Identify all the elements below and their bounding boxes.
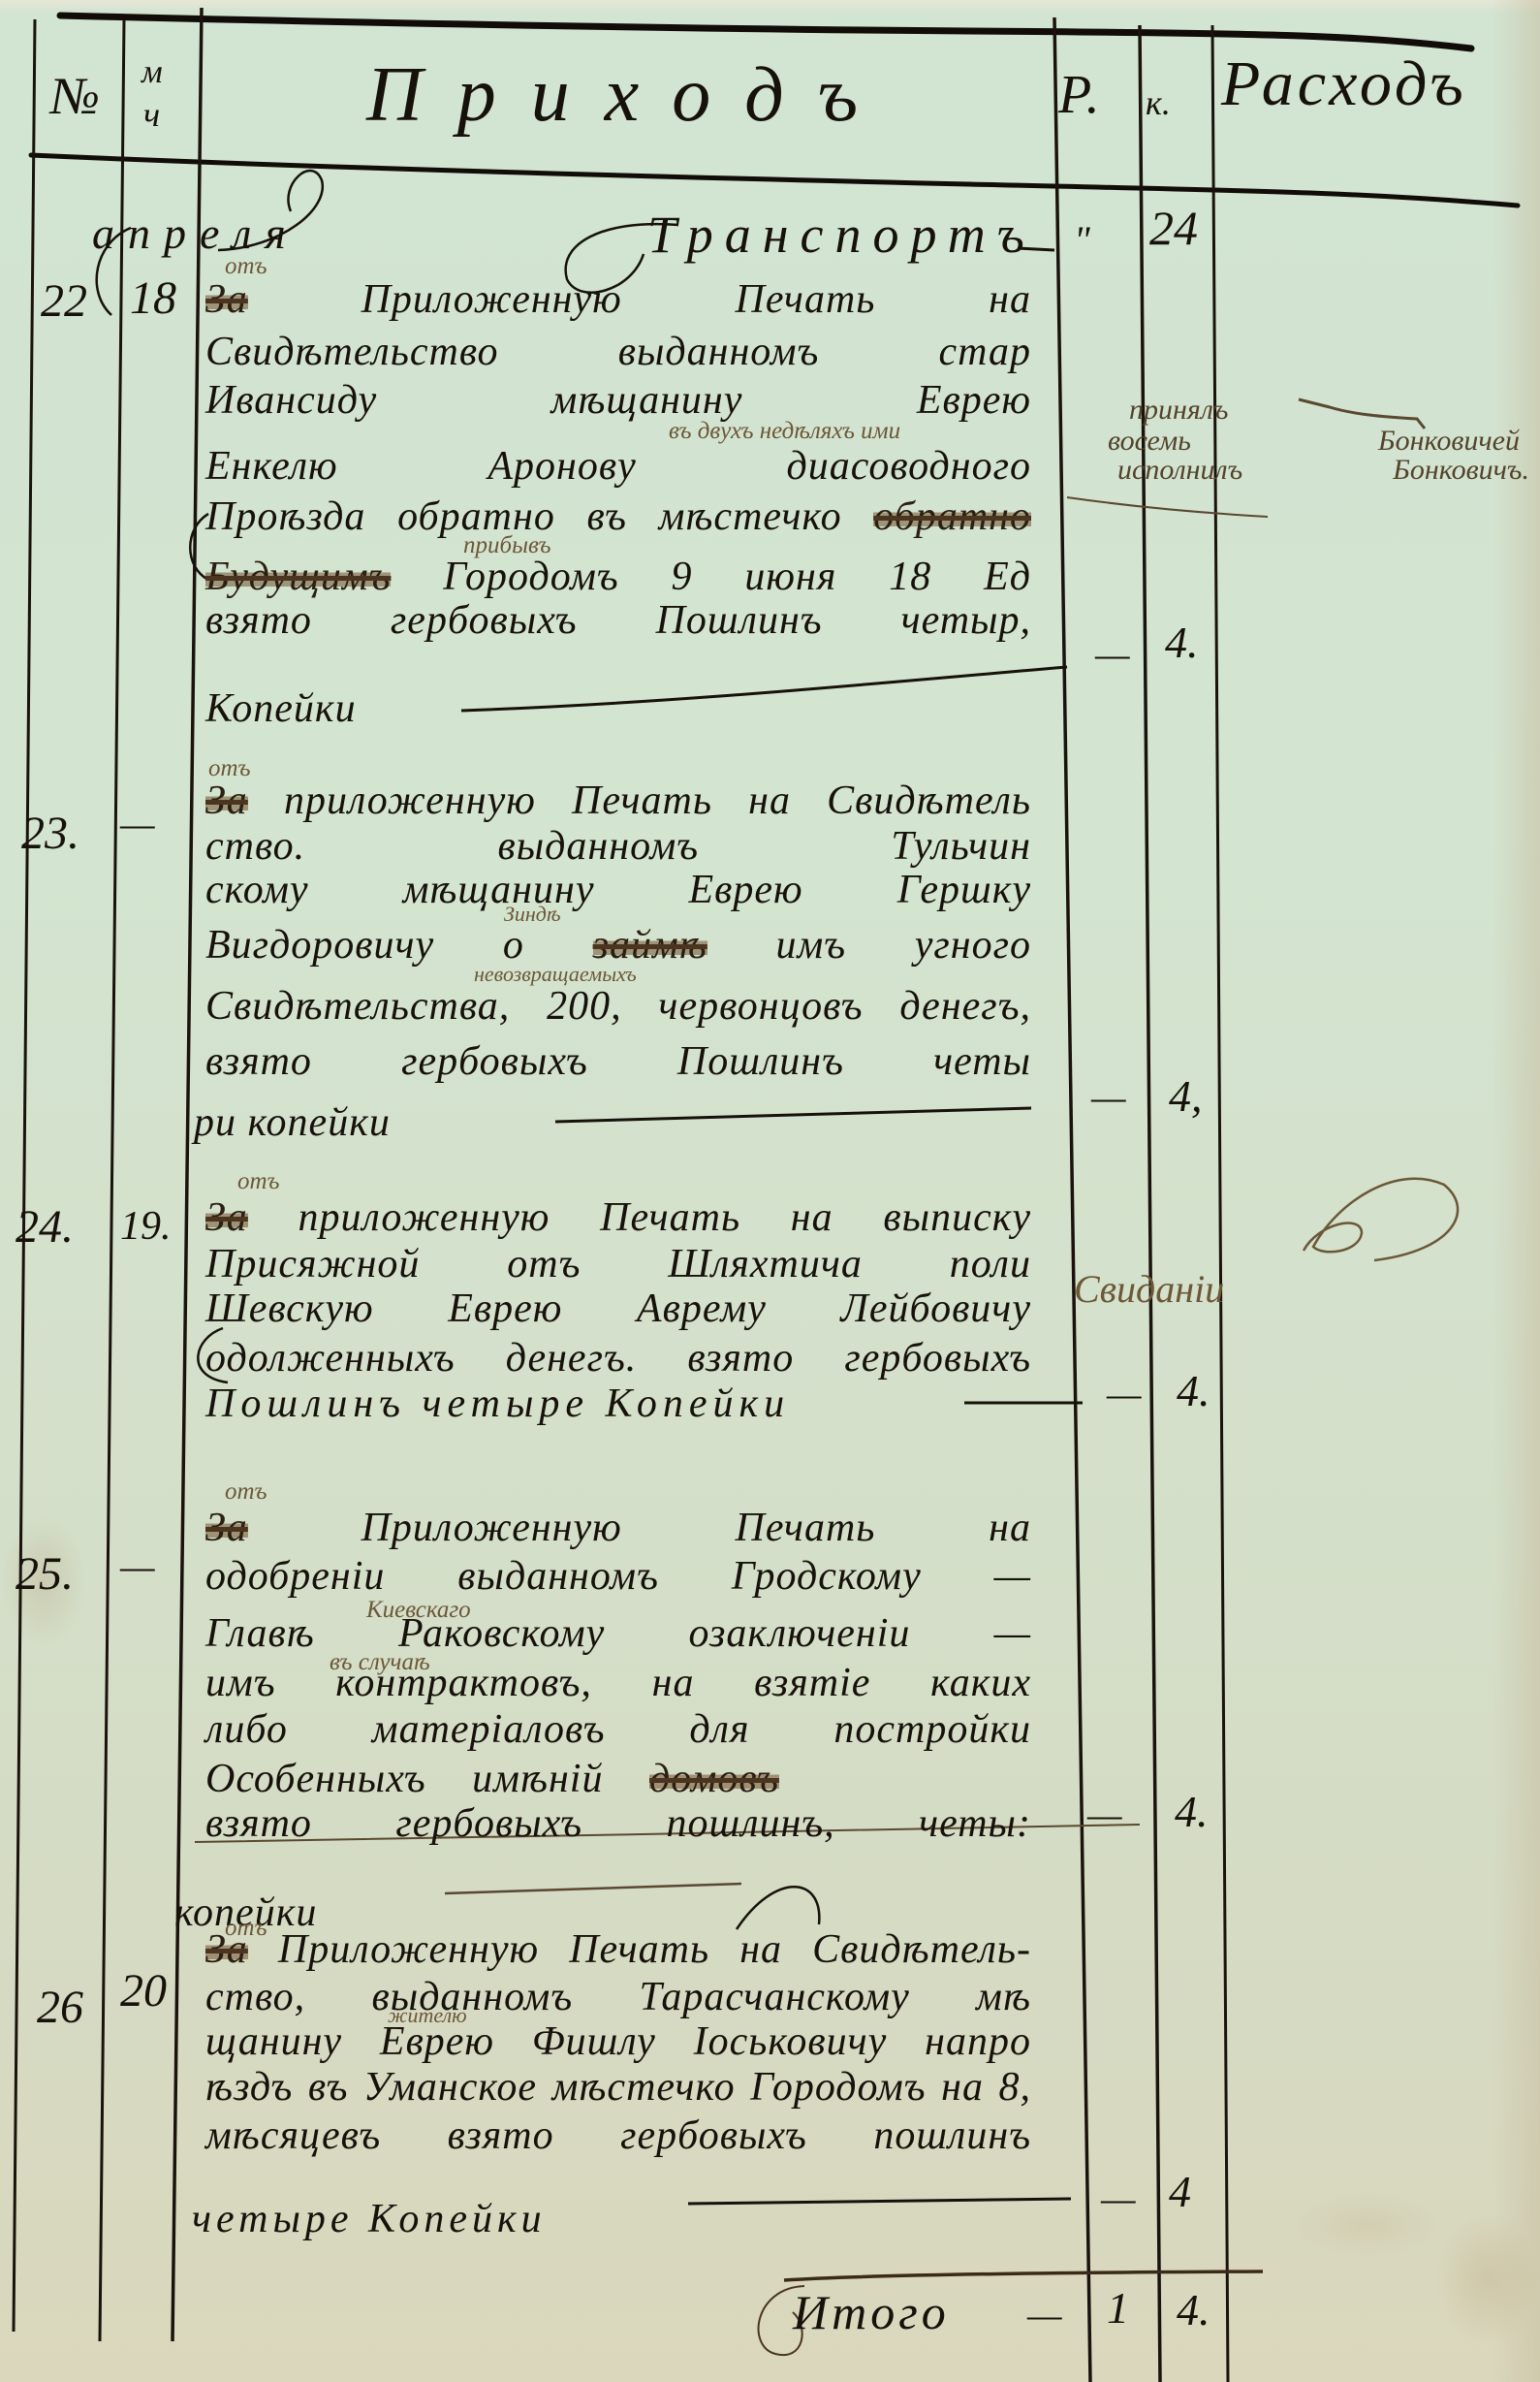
line-text: Приложенную Печать на Свидѣтель-	[278, 1927, 1031, 1972]
entry-text-line: За Приложенную Печать на Свидѣтель-	[205, 1929, 1031, 1970]
entry-text-line: Енкелю Аронову диасоводного	[205, 446, 1031, 487]
entry-rubles: —	[1095, 635, 1130, 674]
struck-word: За	[205, 778, 248, 823]
entry-text-line: ѣздъ въ Уманское мѣстечко Городомъ на 8,	[205, 2067, 1031, 2108]
struck-word: За	[205, 277, 248, 322]
column-rule-number-left	[14, 19, 35, 2332]
interlinear-insertion: отъ	[225, 1479, 267, 1504]
paper-stain	[1289, 2191, 1444, 2259]
column-rule-rubles-kopeks	[1140, 25, 1160, 2382]
expense-note-line: исполнилъ Бонковичъ.	[1117, 456, 1529, 485]
line-text: имъ угного	[775, 923, 1031, 968]
entry-number: 22	[41, 278, 87, 325]
line-text: приложенную Печать на выписку	[299, 1195, 1031, 1240]
header-kopeks: к.	[1146, 85, 1171, 120]
expense-note-line: Свиданiи	[1074, 1270, 1224, 1309]
ledger-page: № м ч Приходъ Р. к. Расходъ апреля Транс…	[0, 0, 1540, 2382]
carry-forward-label: Транспортъ	[647, 208, 1036, 261]
header-day: ч	[143, 97, 160, 132]
expense-note-line: принялъ	[1129, 396, 1228, 425]
entry-kopeks: 4,	[1169, 1074, 1203, 1119]
entry-kopeks: 4.	[1165, 620, 1199, 665]
entry-number: 23.	[21, 810, 79, 857]
entry-kopeks: 4.	[1175, 1790, 1209, 1834]
entry-text-line: За Приложенную Печать на	[205, 1508, 1031, 1548]
interlinear-insertion: отъ	[225, 254, 267, 278]
line-text: приложенную Печать на Свидѣтель	[284, 778, 1031, 823]
struck-word: За	[205, 1506, 248, 1550]
entry-text-line: За Приложенную Печать на	[205, 279, 1031, 320]
interlinear-insertion: Зиндѣ	[504, 904, 561, 925]
entry-number: 26	[37, 1985, 83, 2031]
entry-text-line: Главѣ Раковскому озаключеніи —	[205, 1613, 1031, 1654]
entry-text-line: четыре Копейки	[192, 2199, 1018, 2239]
entry-text-line: ство. выданномъ Тульчин	[205, 826, 1031, 867]
entry-text-line: Свидѣтельства, 200, червонцовъ денегъ,	[205, 986, 1031, 1027]
entry-day: —	[120, 1547, 155, 1586]
header-number: №	[50, 70, 100, 122]
header-rubles: Р.	[1058, 68, 1100, 122]
struck-word: Будущимъ	[205, 555, 391, 599]
entry-text-line: За приложенную Печать на выписку	[205, 1197, 1031, 1238]
entry-text-line: Будущимъ Городомъ 9 июня 18 Ед	[205, 556, 1031, 597]
entry-number: 24.	[16, 1204, 74, 1251]
entry-day: 18	[130, 275, 176, 322]
total-dash: —	[1027, 2296, 1062, 2334]
entry-text-line: взято гербовыхъ Пошлинъ четыр,	[205, 600, 1031, 641]
line-text: Приложенную Печать на	[361, 277, 1031, 322]
interlinear-insertion: въ двухъ недѣляхъ ими	[669, 419, 900, 443]
entry-text-line: одобреніи выданномъ Гродскому —	[205, 1556, 1031, 1597]
entry-day: —	[120, 805, 155, 843]
entry-number: 25.	[16, 1551, 74, 1598]
entry-text-line: Шевскую Еврею Аврему Лейбовичу	[205, 1288, 1031, 1329]
month-label: апреля	[92, 211, 299, 256]
header-month: м	[141, 56, 163, 89]
entry-rubles: —	[1101, 2179, 1136, 2218]
header-bottom-rule	[31, 155, 1518, 206]
entry-text-line: либо матеріаловъ для постройки	[205, 1709, 1031, 1750]
struck-word: обратно	[873, 494, 1031, 539]
entry-text-line: Особенныхъ имѣній домовъ	[205, 1759, 1031, 1799]
entry-text-line: Пошлинъ четыре Копейки	[205, 1383, 1031, 1424]
expense-note-line: восемь Бонковичей	[1108, 427, 1520, 456]
column-rule-kopeks-expense	[1212, 25, 1228, 2382]
struck-word: За	[205, 1927, 248, 1972]
total-rule	[784, 2271, 1263, 2280]
entry-text-line: За приложенную Печать на Свидѣтель	[205, 780, 1031, 821]
entry-text-line: взято гербовыхъ пошлинъ, четы:	[205, 1803, 1031, 1844]
entry-day: 20	[120, 1968, 167, 2015]
entry-text-line: Присяжной отъ Шляхтича поли	[205, 1244, 1031, 1285]
interlinear-insertion: отъ	[237, 1169, 280, 1193]
total-rubles: 1	[1107, 2286, 1129, 2331]
line-text: Особенныхъ имѣній	[205, 1757, 603, 1801]
entry-text-line: ство, выданномъ Тарасчанскому мѣ	[205, 1977, 1031, 2017]
flourish-decoration	[1304, 1179, 1458, 1260]
total-kopeks: 4.	[1177, 2288, 1210, 2333]
struck-word: домовъ	[649, 1757, 779, 1801]
carry-forward-kopeks: 24	[1149, 204, 1198, 252]
header-income: Приходъ	[366, 56, 893, 134]
header-expense: Расходъ	[1221, 52, 1467, 116]
entry-day: 19.	[120, 1206, 172, 1247]
entry-text-line: взято гербовыхъ Пошлинъ четы	[205, 1041, 1031, 1082]
line-text: Приложенную Печать на	[361, 1506, 1031, 1550]
struck-word: За	[205, 1195, 248, 1240]
entry-rubles: —	[1107, 1375, 1142, 1413]
entry-text-line: Вигдоровичу о займѣ имъ угного	[205, 925, 1031, 966]
entry-text-line: Проѣзда обратно въ мѣстечко обратно	[205, 496, 1031, 537]
entry-text-line: Свидѣтельство выданномъ стар	[205, 332, 1031, 372]
margin-note-bracket	[1067, 497, 1268, 517]
paper-stain	[1434, 2210, 1540, 2346]
carry-forward-rubles: "	[1074, 221, 1090, 260]
entry-rubles: —	[1087, 1795, 1122, 1834]
column-rule-day-income	[173, 8, 202, 2341]
entry-text-line: одолженныхъ денегъ. взято гербовыхъ	[205, 1338, 1031, 1379]
entry-rubles: —	[1091, 1078, 1126, 1117]
entry-kopeks: 4.	[1177, 1369, 1210, 1413]
entry-kopeks: 4	[1169, 2170, 1191, 2214]
entry-text-line: мѣсяцевъ взято гербовыхъ пошлинъ	[205, 2115, 1031, 2156]
total-label: Итого	[793, 2288, 950, 2336]
entry-text-line: скому мѣщанину Еврею Гершку	[205, 870, 1031, 910]
entry-text-line: Копейки	[205, 688, 1031, 729]
entry-text-line: ри копейки	[194, 1102, 1020, 1143]
line-text: Городомъ 9 июня 18 Ед	[443, 555, 1031, 599]
entry-text-line: щанину Еврею Фишлу Іоськовичу напро	[205, 2021, 1031, 2062]
interlinear-insertion: невозвращаемыхъ	[474, 964, 637, 985]
column-rule-income-rubles	[1054, 17, 1090, 2382]
interlinear-insertion: отъ	[208, 756, 251, 780]
entry-text-line: Ивансиду мѣщанину Еврею	[205, 380, 1031, 421]
top-rule	[60, 16, 1471, 48]
entry-text-line: имъ контрактовъ, на взятіе каких	[205, 1663, 1031, 1703]
